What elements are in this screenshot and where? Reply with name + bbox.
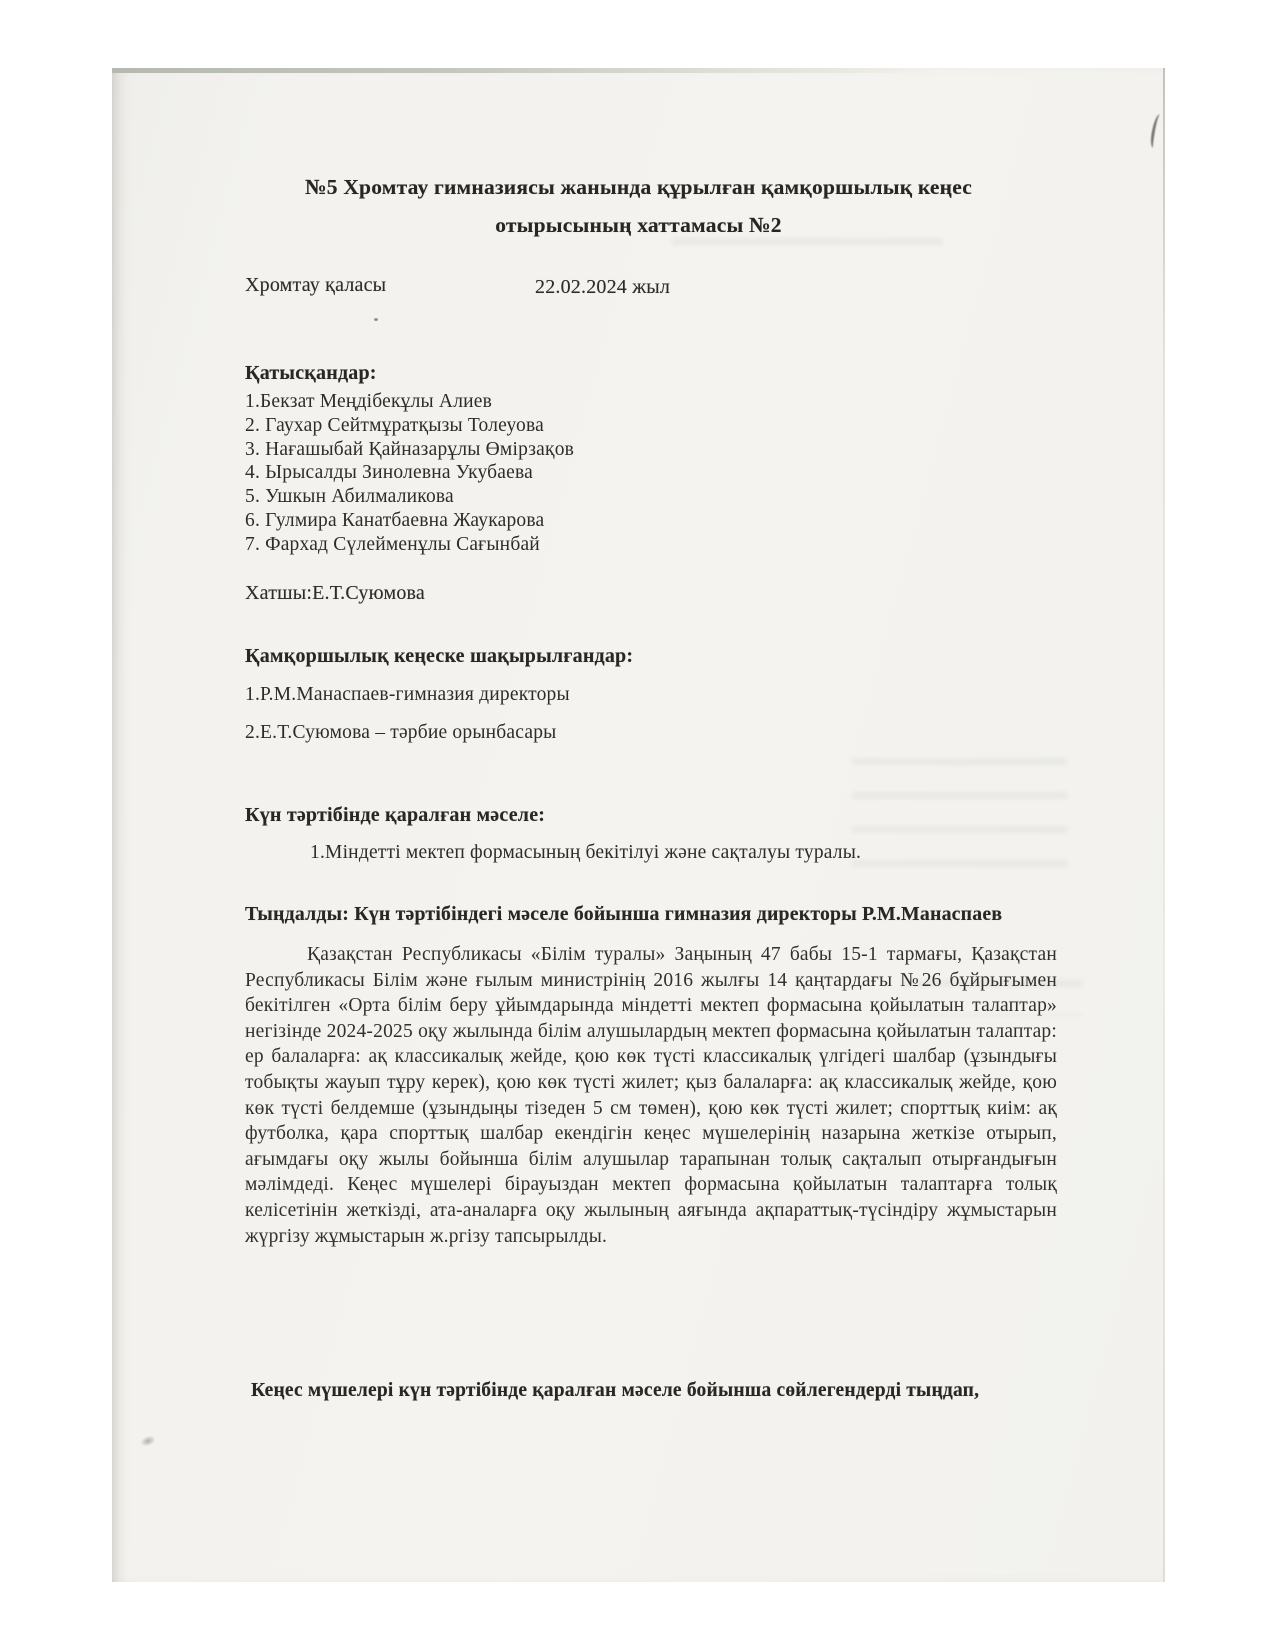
invited-heading: Қамқоршылық кеңеске шақырылғандар:: [245, 645, 633, 668]
closing-line: Кеңес мүшелері күн тәртібінде қаралған м…: [251, 1380, 1057, 1402]
heard-heading: Тыңдалды: Күн тәртібіндегі мәселе бойынш…: [245, 903, 1057, 926]
list-item: 4. Ырысалды Зинолевна Укубаева: [245, 461, 574, 485]
list-item: 1.Бекзат Меңдібекұлы Алиев: [245, 390, 574, 414]
document-title: №5 Хромтау гимназиясы жанында құрылған қ…: [152, 168, 1125, 244]
body-paragraph: Қазақстан Республикасы «Білім туралы» За…: [245, 942, 1057, 1249]
participants-heading: Қатысқандар:: [245, 362, 377, 385]
list-item: 2. Гаухар Сейтмұратқызы Толеуова: [245, 414, 574, 438]
paper-right-edge: [1163, 68, 1165, 1582]
invited-item: 2.Е.Т.Суюмова – тәрбие орынбасары: [245, 722, 556, 744]
agenda-item: 1.Міндетті мектеп формасының бекітілуі ж…: [245, 842, 861, 864]
ink-bleed-artifact: [852, 744, 1067, 874]
scan-dot-artifact: [374, 318, 378, 321]
date-label: 22.02.2024 жыл: [535, 276, 670, 299]
document-title-line1: №5 Хромтау гимназиясы жанында құрылған қ…: [152, 168, 1125, 206]
list-item: 5. Ушкын Абилмаликова: [245, 485, 574, 509]
agenda-heading: Күн тәртібінде қаралған мәселе:: [245, 804, 545, 827]
list-item: 6. Гулмира Канатбаевна Жаукарова: [245, 509, 574, 533]
list-item: 3. Нағашыбай Қайназарұлы Өмірзақов: [245, 438, 574, 462]
participants-list: 1.Бекзат Меңдібекұлы Алиев 2. Гаухар Сей…: [245, 390, 574, 557]
document-title-line2: отырысының хаттамасы №2: [152, 206, 1125, 244]
paper-sheet: №5 Хромтау гимназиясы жанында құрылған қ…: [112, 68, 1165, 1582]
secretary-line: Хатшы:Е.Т.Суюмова: [245, 582, 425, 605]
scanned-document-page: №5 Хромтау гимназиясы жанында құрылған қ…: [0, 0, 1275, 1650]
invited-item: 1.Р.М.Манаспаев-гимназия директоры: [245, 684, 570, 706]
scanner-top-edge: [112, 68, 933, 73]
scan-speck-artifact: [139, 1434, 157, 1449]
list-item: 7. Фархад Сүлейменұлы Сағынбай: [245, 533, 574, 557]
page-corner-crease: [1149, 114, 1163, 149]
city-label: Хромтау қаласы: [245, 274, 386, 297]
